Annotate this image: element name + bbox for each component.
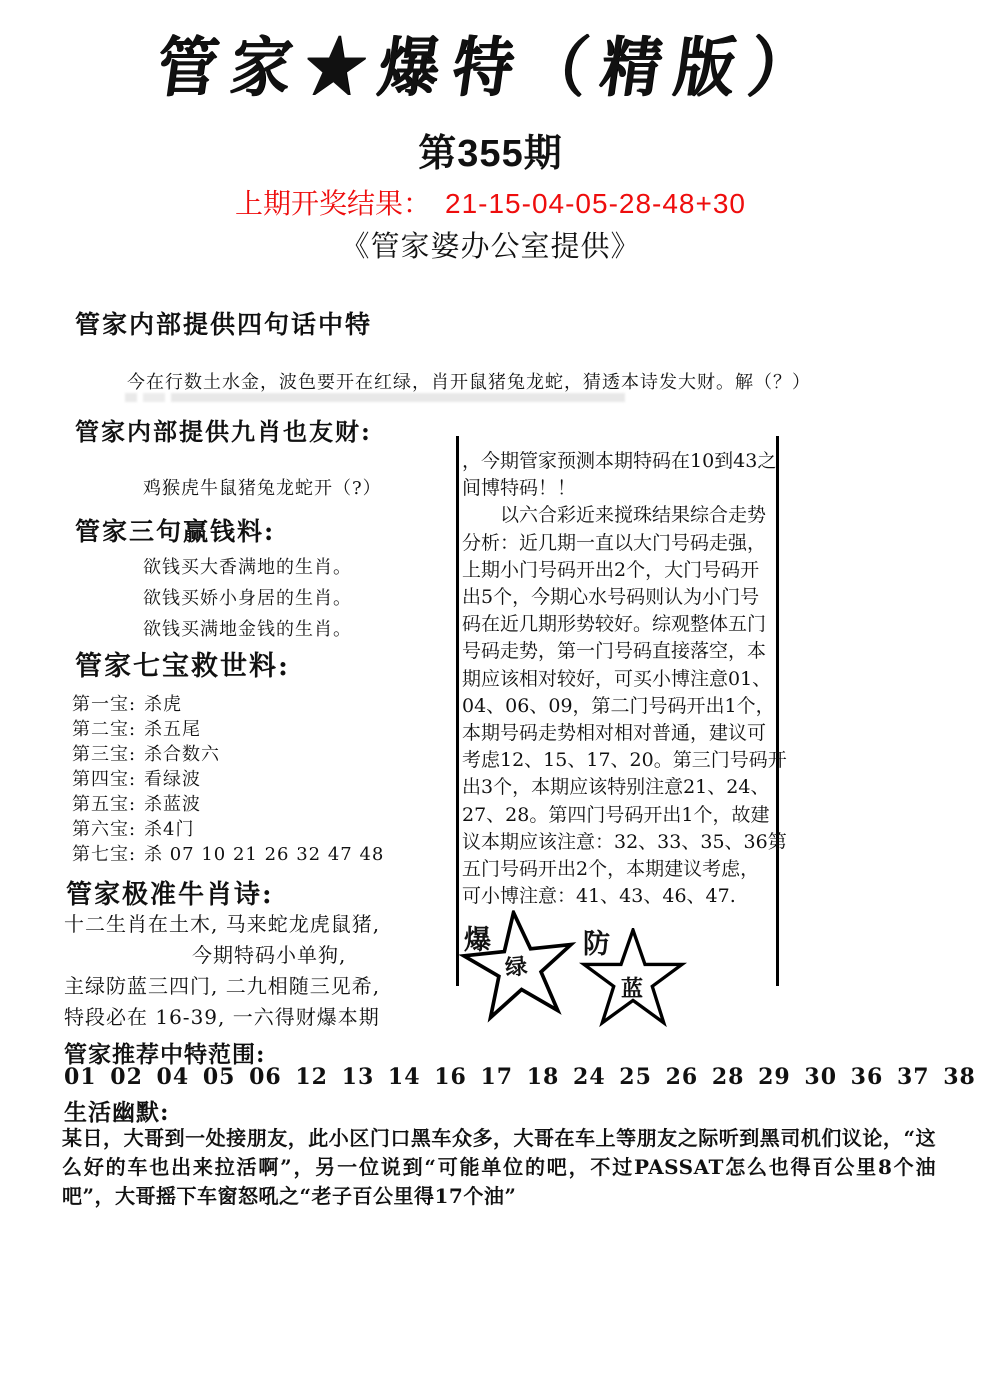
scan-smudge	[125, 393, 625, 402]
section-heading-seven-treasures: 管家七宝救世料:	[75, 644, 290, 683]
humor-text: 某日，大哥到一处接朋友，此小区门口黑车众多，大哥在车上等朋友之际听到黑司机们议论…	[62, 1124, 936, 1211]
treasure-value: 杀五尾	[144, 719, 201, 740]
zodiac-poem-line-2: 今期特码小单狗,	[192, 939, 346, 968]
blue-star-inner-label: 蓝	[621, 972, 643, 1003]
treasure-value: 杀4门	[144, 819, 194, 840]
analysis-text: ，今期管家预测本期特码在10到43之 间博特码！！ 以六合彩近来搅珠结果综合走势…	[462, 448, 774, 910]
treasure-label: 第七宝:	[72, 840, 144, 866]
treasure-row: 第二宝:杀五尾	[72, 715, 384, 740]
treasure-value: 杀虎	[144, 694, 182, 715]
section-heading-nine-zodiac: 管家内部提供九肖也友财:	[75, 412, 372, 447]
issue-number: 第355期	[0, 122, 981, 177]
treasure-value: 看绿波	[144, 769, 201, 790]
three-sentences-line-3: 欲钱买满地金钱的生肖。	[143, 615, 352, 641]
green-star-icon: 绿	[454, 904, 585, 1026]
treasure-value: 杀蓝波	[144, 794, 201, 815]
treasure-value: 杀合数六	[144, 744, 220, 765]
treasure-row: 第一宝:杀虎	[72, 690, 384, 715]
zodiac-poem-line-3: 主绿防蓝三四门, 二九相随三见希,	[64, 970, 380, 999]
section-heading-three-sentences: 管家三句赢钱料:	[75, 512, 275, 548]
treasure-row: 第四宝:看绿波	[72, 765, 384, 790]
lottery-tip-sheet: 管家★爆特（精版） 第355期 上期开奖结果：21-15-04-05-28-48…	[0, 0, 981, 1388]
treasure-row: 第五宝:杀蓝波	[72, 790, 384, 815]
zodiac-poem-line-1: 十二生肖在土木, 马来蛇龙虎鼠猪,	[64, 908, 380, 937]
treasure-row: 第三宝:杀合数六	[72, 740, 384, 765]
treasure-label: 第二宝:	[72, 715, 144, 741]
treasure-row: 第七宝:杀 07 10 21 26 32 47 48	[72, 840, 384, 865]
recommend-range-numbers: 01 02 04 05 06 12 13 14 16 17 18 24 25 2…	[64, 1064, 981, 1090]
provider-line: 《管家婆办公室提供》	[0, 224, 981, 265]
treasure-value: 杀 07 10 21 26 32 47 48	[144, 844, 384, 865]
treasure-label: 第一宝:	[72, 690, 144, 716]
blue-star-icon: 蓝	[577, 928, 689, 1028]
section-heading-four-sentences: 管家内部提供四句话中特	[75, 305, 372, 341]
treasure-row: 第六宝:杀4门	[72, 815, 384, 840]
section-heading-zodiac-poem: 管家极准牛肖诗:	[66, 874, 274, 911]
nine-zodiac-line: 鸡猴虎牛鼠猪兔龙蛇开（?）	[143, 474, 382, 500]
last-draw-result-label: 上期开奖结果：	[235, 188, 431, 219]
treasure-label: 第四宝:	[72, 765, 144, 791]
treasure-label: 第五宝:	[72, 790, 144, 816]
seven-treasures-list: 第一宝:杀虎 第二宝:杀五尾 第三宝:杀合数六 第四宝:看绿波 第五宝:杀蓝波 …	[72, 690, 384, 865]
green-star-inner-label: 绿	[504, 949, 529, 982]
last-draw-result-numbers: 21-15-04-05-28-48+30	[445, 188, 746, 219]
last-draw-result: 上期开奖结果：21-15-04-05-28-48+30	[0, 182, 981, 222]
section-heading-humor: 生活幽默:	[64, 1094, 170, 1127]
three-sentences-line-1: 欲钱买大香满地的生肖。	[143, 553, 352, 579]
treasure-label: 第三宝:	[72, 740, 144, 766]
page-title: 管家★爆特（精版）	[0, 17, 981, 110]
three-sentences-line-2: 欲钱买娇小身居的生肖。	[143, 584, 352, 610]
treasure-label: 第六宝:	[72, 815, 144, 841]
four-sentences-line: 今在行数土水金，波色要开在红绿，肖开鼠猪兔龙蛇，猜透本诗发大财。解（？）	[127, 368, 811, 394]
zodiac-poem-line-4: 特段必在 16-39, 一六得财爆本期	[64, 1001, 380, 1030]
